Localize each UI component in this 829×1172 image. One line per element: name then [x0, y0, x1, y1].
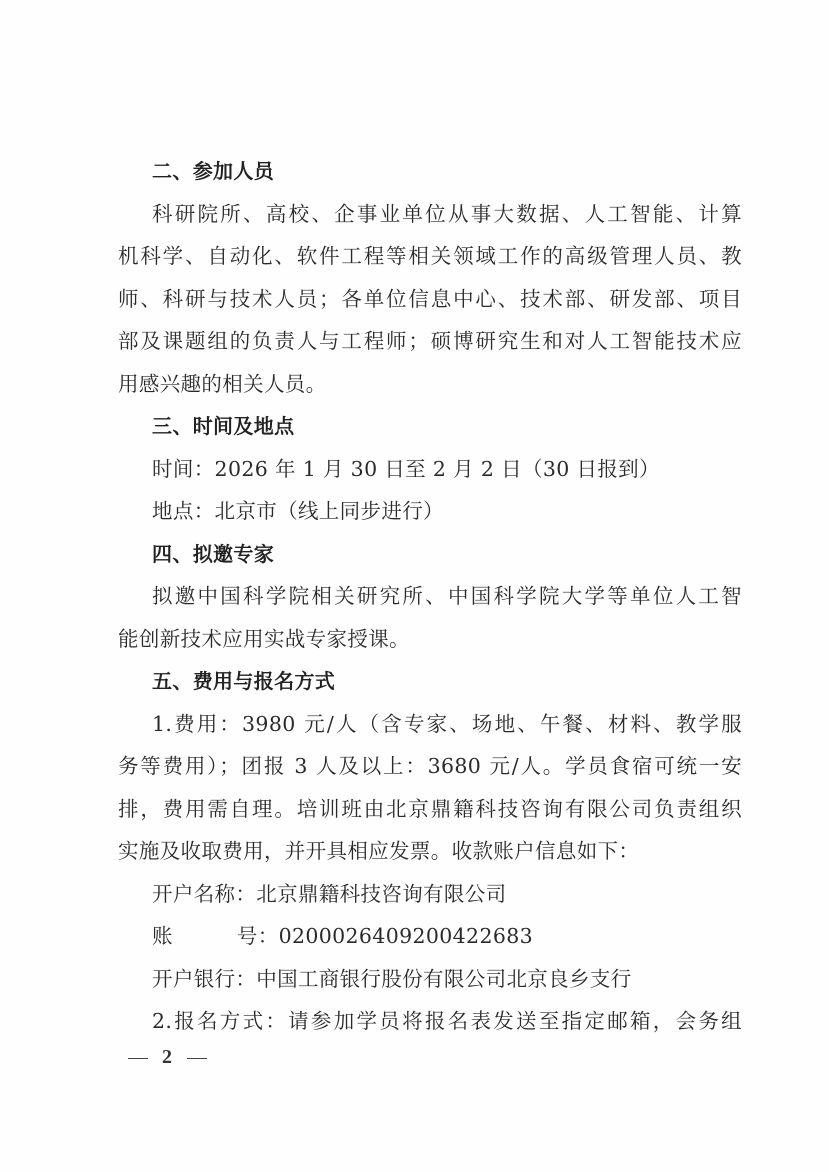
- paragraph-line: 部及课题组的负责人与工程师；硕博研究生和对人工智能技术应: [118, 320, 742, 363]
- account-name-row: 开户名称：北京鼎籍科技咨询有限公司: [118, 873, 742, 916]
- bank-label: 开户银行：: [152, 967, 256, 991]
- place-line: 地点：北京市（线上同步进行）: [118, 490, 742, 533]
- account-number-label-a: 账: [152, 924, 173, 948]
- fee-line: 实施及收取费用，并开具相应发票。收款账户信息如下：: [118, 830, 742, 873]
- dash-left: [128, 1058, 148, 1059]
- paragraph-line: 科研院所、高校、企事业单位从事大数据、人工智能、计算: [118, 193, 742, 236]
- account-number-label-b: 号：: [237, 924, 279, 948]
- paragraph-line: 能创新技术应用实战专家授课。: [118, 618, 742, 661]
- section-heading-experts: 四、拟邀专家: [118, 533, 742, 576]
- paragraph-line: 拟邀中国科学院相关研究所、中国科学院大学等单位人工智: [118, 575, 742, 618]
- section-heading-time-place: 三、时间及地点: [118, 405, 742, 448]
- page-number-value: 2: [162, 1046, 173, 1069]
- section-heading-fees-registration: 五、费用与报名方式: [118, 660, 742, 703]
- fee-line: 1.费用：3980 元/人（含专家、场地、午餐、材料、教学服: [118, 703, 742, 746]
- paragraph-line: 机科学、自动化、软件工程等相关领域工作的高级管理人员、教: [118, 235, 742, 278]
- paragraph-line: 用感兴趣的相关人员。: [118, 363, 742, 406]
- account-name-value: 北京鼎籍科技咨询有限公司: [256, 882, 506, 906]
- account-name-label: 开户名称：: [152, 882, 256, 906]
- document-body: 二、参加人员 科研院所、高校、企事业单位从事大数据、人工智能、计算 机科学、自动…: [118, 150, 742, 1043]
- dash-right: [187, 1058, 207, 1059]
- account-number-value: 0200026409200422683: [279, 924, 533, 948]
- section-heading-participants: 二、参加人员: [118, 150, 742, 193]
- page-number: 2: [128, 1046, 207, 1069]
- registration-line: 2.报名方式：请参加学员将报名表发送至指定邮箱，会务组: [118, 1000, 742, 1043]
- fee-line: 务等费用）；团报 3 人及以上：3680 元/人。学员食宿可统一安: [118, 745, 742, 788]
- fee-line: 排，费用需自理。培训班由北京鼎籍科技咨询有限公司负责组织: [118, 788, 742, 831]
- time-line: 时间：2026 年 1 月 30 日至 2 月 2 日（30 日报到）: [118, 448, 742, 491]
- account-number-row: 账号：0200026409200422683: [118, 915, 742, 958]
- bank-value: 中国工商银行股份有限公司北京良乡支行: [256, 967, 631, 991]
- document-page: 二、参加人员 科研院所、高校、企事业单位从事大数据、人工智能、计算 机科学、自动…: [0, 0, 829, 1172]
- bank-row: 开户银行：中国工商银行股份有限公司北京良乡支行: [118, 958, 742, 1001]
- paragraph-line: 师、科研与技术人员；各单位信息中心、技术部、研发部、项目: [118, 278, 742, 321]
